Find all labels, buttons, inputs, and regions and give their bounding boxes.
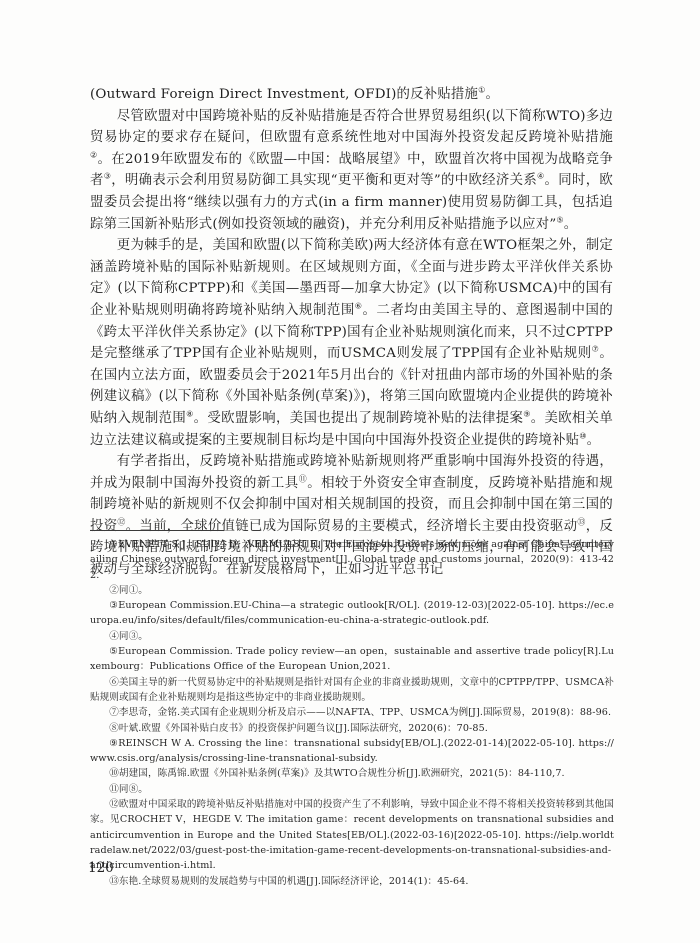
footnote-item: ②同①。 [90,583,614,598]
footnote-item: ⑥美国主导的新一代贸易协定中的补贴规则是指针对国有企业的非商业援助规则，文章中的… [90,675,614,706]
footnote-item: ⑤European Commission. Trade policy revie… [90,644,614,675]
footnote-item: ⑫欧盟对中国采取的跨境补贴反补贴措施对中国的投资产生了不利影响，导致中国企业不得… [90,797,614,873]
footnote-item: ⑨REINSCH W A. Crossing the line：transnat… [90,736,614,767]
body-paragraph: 更为棘手的是，美国和欧盟(以下简称美欧)两大经济体有意在WTO框架之外，制定涵盖… [90,235,613,451]
footnote-item: ⑧叶斌.欧盟《外国补贴白皮书》的投资保护问题刍议[J].国际法研究，2020(6… [90,721,614,736]
page-number: 120 [88,860,114,876]
footnotes-section: ①EVENETT S J，SUD J D，VERMULST E. The Eur… [90,537,614,889]
footnote-item: ⑪同⑧。 [90,782,614,797]
footnote-item: ⑦李思奇，金铭.美式国有企业规则分析及启示——以NAFTA、TPP、USMCA为… [90,705,614,720]
footnote-item: ①EVENETT S J，SUD J D，VERMULST E. The Eur… [90,537,614,583]
footnote-divider [90,530,224,531]
footnote-item: ⑬东艳.全球贸易规则的发展趋势与中国的机遇[J].国际经济评论，2014(1)：… [90,874,614,889]
footnote-item: ④同③。 [90,629,614,644]
footnote-item: ③European Commission.EU-China—a strategi… [90,598,614,629]
body-paragraph: 尽管欧盟对中国跨境补贴的反补贴措施是否符合世界贸易组织(以下简称WTO)多边贸易… [90,106,613,236]
article-body: (Outward Foreign Direct Investment, OFDI… [90,84,613,581]
footnote-item: ⑩胡建国，陈禹锦.欧盟《外国补贴条例(草案)》及其WTO合规性分析[J].欧洲研… [90,766,614,781]
body-paragraph: (Outward Foreign Direct Investment, OFDI… [90,84,613,106]
document-page: (Outward Foreign Direct Investment, OFDI… [0,0,700,943]
